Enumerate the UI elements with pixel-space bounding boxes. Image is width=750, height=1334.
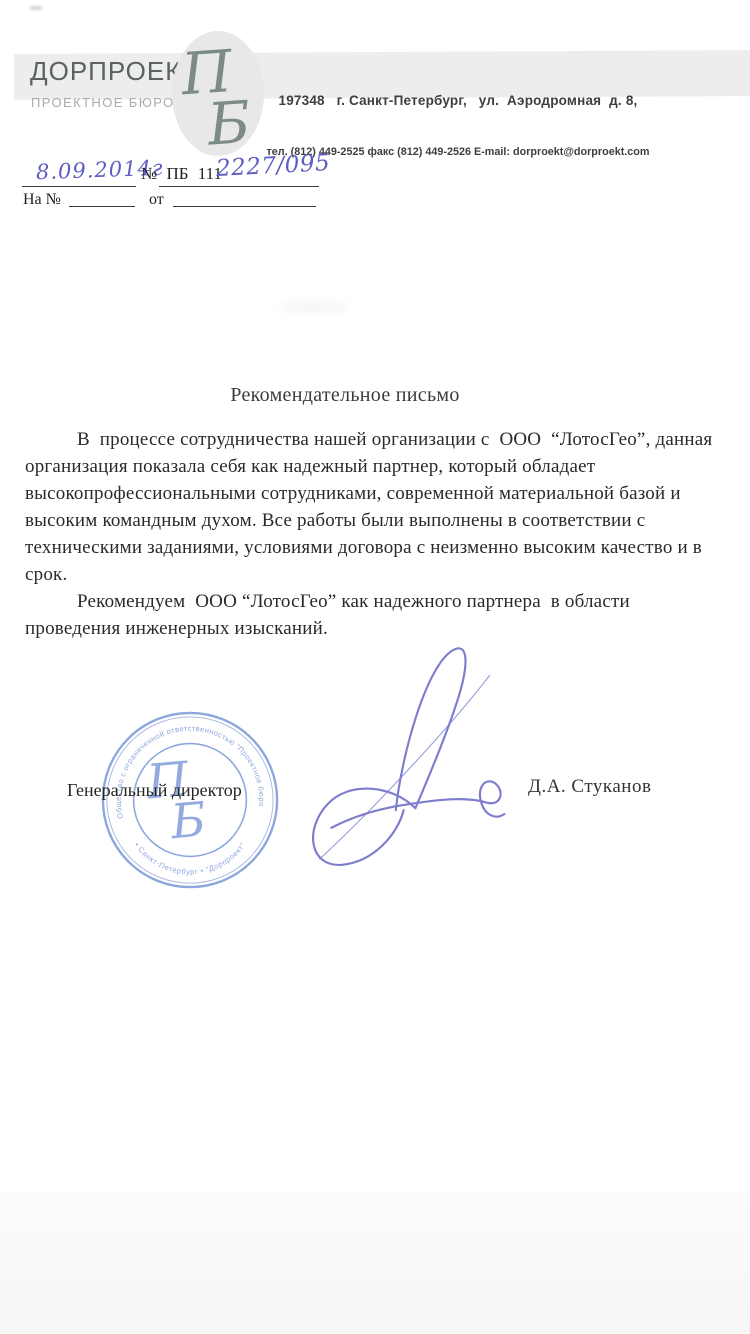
scan-speck bbox=[30, 6, 42, 10]
body-line: организация показала себя как надежный п… bbox=[25, 453, 737, 480]
position-title: Генеральный директор bbox=[67, 780, 242, 801]
body-line: высоким командным духом. Все работы были… bbox=[25, 507, 737, 534]
company-logo: П Б bbox=[172, 31, 264, 156]
logo-letter-b: Б bbox=[204, 88, 252, 156]
signer-name: Д.А. Стуканов bbox=[528, 776, 651, 798]
svg-text:Б: Б bbox=[168, 792, 209, 850]
na-no-label: На № bbox=[23, 191, 61, 209]
body-line: Рекомендуем ООО “ЛотосГео” как надежного… bbox=[25, 588, 737, 615]
handwritten-signature bbox=[302, 636, 517, 871]
letter-title: Рекомендательное письмо bbox=[0, 384, 690, 407]
outgoing-number-prefix: № ПБ 111- bbox=[141, 164, 228, 184]
company-subtitle: ПРОЕКТНОЕ БЮРО bbox=[31, 95, 175, 110]
stamp-monogram-icon: П Б bbox=[144, 752, 208, 850]
number-underline bbox=[159, 186, 319, 187]
page-bottom-shading bbox=[0, 1192, 750, 1334]
company-address: 197348 г. Санкт-Петербург, ул. Аэродромн… bbox=[258, 92, 658, 109]
body-line: срок. bbox=[25, 561, 737, 588]
body-line: высокопрофессиональными сотрудниками, со… bbox=[25, 480, 737, 507]
letter-body: В процессе сотрудничества нашей организа… bbox=[25, 426, 737, 642]
body-line: техническими заданиями, условиями догово… bbox=[25, 534, 737, 561]
ot-underline bbox=[173, 206, 316, 207]
date-underline bbox=[22, 186, 136, 187]
ot-label: от bbox=[149, 191, 164, 209]
pb-monogram-icon: П Б bbox=[172, 31, 264, 156]
scanned-letter-page: ДОРПРОЕКТ ПРОЕКТНОЕ БЮРО П Б 197348 г. С… bbox=[0, 0, 750, 1334]
body-line: В процессе сотрудничества нашей организа… bbox=[25, 426, 737, 453]
na-no-underline bbox=[69, 206, 135, 207]
scan-smudge bbox=[280, 300, 350, 314]
